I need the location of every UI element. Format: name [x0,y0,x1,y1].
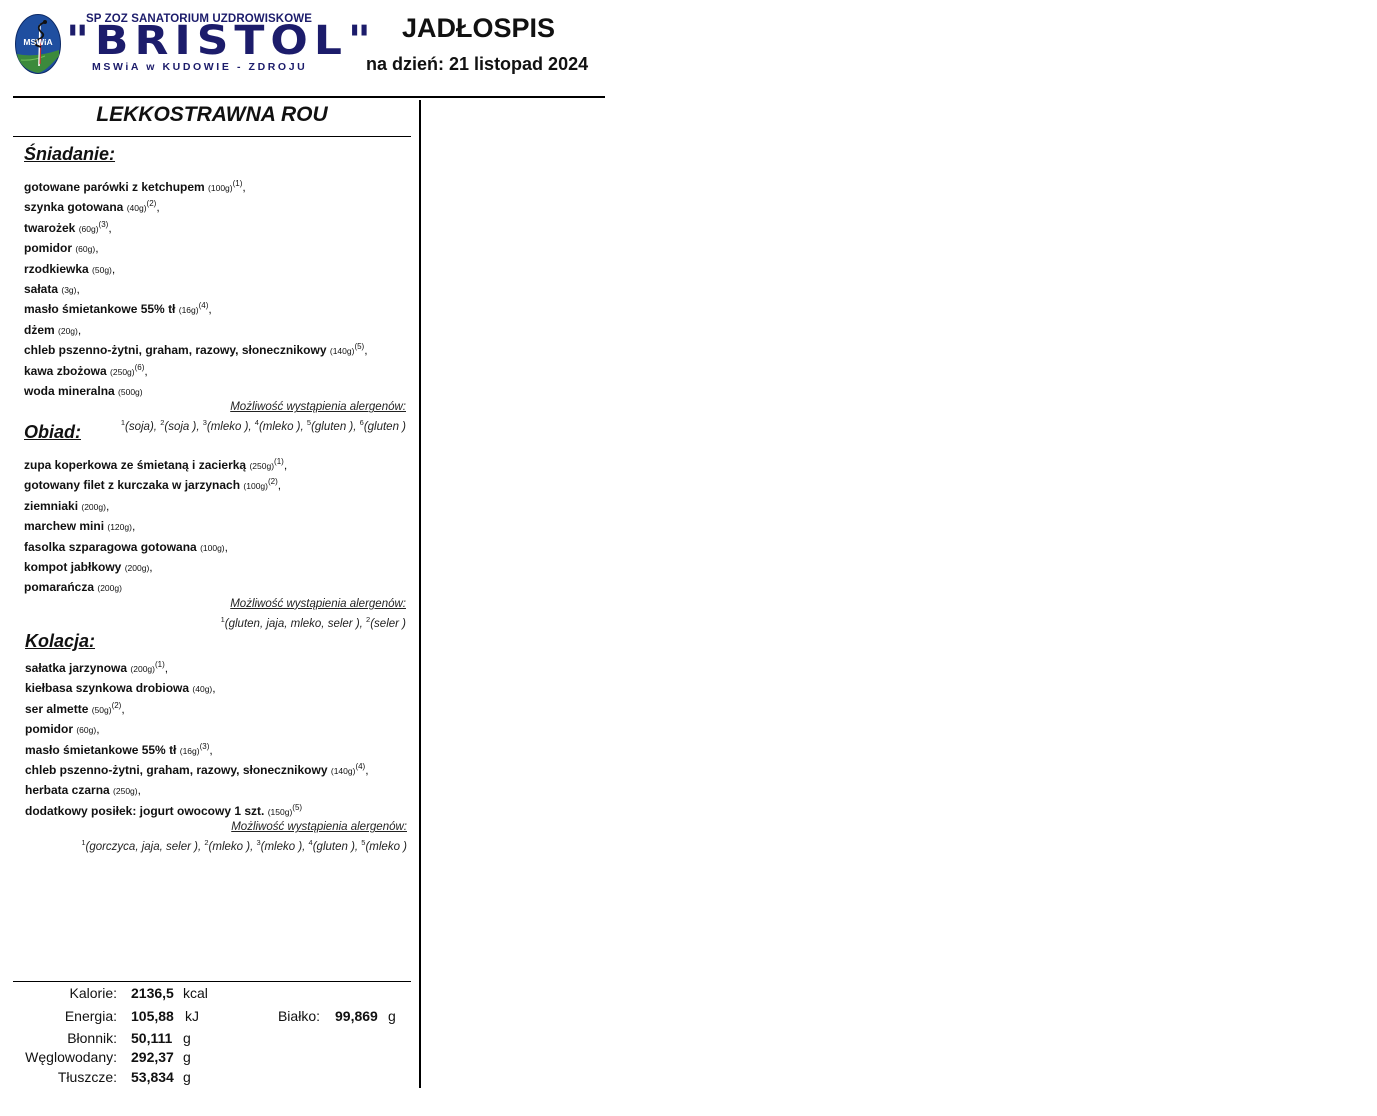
separator: , [108,221,111,235]
menu-item: kompot jabłkowy (200g), [24,556,406,576]
allergen-text: (mleko ) [261,841,303,853]
menu-item: rzodkiewka (50g), [24,258,406,278]
menu-item-name: dżem [24,323,58,337]
allergen-reference: (3) [200,742,210,751]
menu-item: szynka gotowana (40g)(2), [24,196,406,216]
menu-item-quantity: (250g) [249,461,274,471]
menu-item: dżem (20g), [24,319,406,339]
menu-item: marchew mini (120g), [24,515,406,535]
menu-item-name: szynka gotowana [24,200,123,214]
menu-item-quantity: (16g) [180,746,200,756]
allergen-reference: (4) [355,762,365,771]
menu-item-quantity: (200g) [97,583,122,593]
allergen-reference: (4) [199,301,209,310]
allergen-reference: (6) [135,363,145,372]
menu-item-name: sałata [24,282,58,296]
menu-item-quantity: (16g) [179,305,199,315]
menu-item-quantity: (250g) [110,367,135,377]
menu-item-name: rzodkiewka [24,262,89,276]
allergen-reference: (2) [268,477,278,486]
separator: , [112,262,115,276]
menu-item-quantity: (200g) [130,664,155,674]
menu-item: dodatkowy posiłek: jogurt owocowy 1 szt.… [25,800,407,820]
allergen-reference: (3) [99,220,109,229]
menu-item-name: kompot jabłkowy [24,560,121,574]
date-value: 21 listopad 2024 [449,54,588,74]
allergen-text: (gluten, jaja, mleko, seler ) [225,618,360,630]
menu-item-name: herbata czarna [25,783,110,797]
menu-item: kiełbasa szynkowa drobiowa (40g), [25,677,407,697]
menu-item-quantity: (200g) [81,502,106,512]
allergen-text: (gorczyca, jaja, seler ) [85,841,197,853]
separator: , [225,540,228,554]
menu-item-name: gotowane parówki z ketchupem [24,180,205,194]
svg-text:MSWiA: MSWiA [23,37,52,47]
calories-label: Kalorie: [0,985,117,1001]
menu-item: ziemniaki (200g), [24,495,406,515]
allergen-reference: (1) [155,660,165,669]
menu-item: masło śmietankowe 55% tł (16g)(3), [25,739,407,759]
organization-name: "BRISTOL" [66,18,377,64]
separator: , [121,702,124,716]
meal-lunch: Obiad:zupa koperkowa ze śmietaną i zacie… [24,422,406,632]
meal-breakfast: Śniadanie:gotowane parówki z ketchupem (… [24,144,406,435]
allergen-reference: (1) [233,179,243,188]
diet-title: LEKKOSTRAWNA ROU [13,103,411,127]
menu-item: fasolka szparagowa gotowana (100g), [24,536,406,556]
energy-label: Energia: [0,1008,117,1024]
carbs-unit: g [183,1049,191,1065]
menu-item-quantity: (60g) [76,725,96,735]
document-date: na dzień: 21 listopad 2024 [366,54,588,75]
fat-value: 53,834 [131,1069,174,1085]
allergen-reference: (5) [292,803,302,812]
meal-dinner: Kolacja:sałatka jarzynowa (200g)(1),kieł… [25,631,407,855]
meal-title: Śniadanie: [24,144,406,166]
separator: , [132,519,135,533]
allergen-text: (seler ) [370,618,406,630]
menu-item: herbata czarna (250g), [25,779,407,799]
menu-item-name: masło śmietankowe 55% tł [25,743,176,757]
allergen-text: (gluten ) [313,841,355,853]
allergen-heading: Możliwość wystąpienia alergenów: [25,820,407,835]
menu-item-quantity: (140g) [331,766,356,776]
menu-item-quantity: (500g) [118,387,143,397]
menu-item-quantity: (120g) [107,522,132,532]
separator: , [78,323,81,337]
separator: , [156,200,159,214]
menu-item-name: chleb pszenno-żytni, graham, razowy, sło… [24,343,327,357]
separator: , [278,478,281,492]
separator: , [165,661,168,675]
separator: , [106,499,109,513]
menu-item-name: zupa koperkowa ze śmietaną i zacierką [24,458,246,472]
header-divider [13,96,605,98]
protein-unit: g [388,1008,396,1024]
nutrition-divider [13,981,411,982]
menu-item-quantity: (140g) [330,346,355,356]
fat-label: Tłuszcze: [0,1069,117,1085]
menu-item-name: woda mineralna [24,384,115,398]
menu-item: sałata (3g), [24,278,406,298]
menu-item: kawa zbożowa (250g)(6), [24,360,406,380]
separator: , [212,681,215,695]
menu-item-quantity: (3g) [61,285,76,295]
menu-item-quantity: (250g) [113,786,138,796]
menu-item: chleb pszenno-żytni, graham, razowy, sło… [25,759,407,779]
allergen-list: 1(gluten, jaja, mleko, seler ), 2(seler … [24,612,406,632]
menu-item-quantity: (200g) [125,563,150,573]
menu-item-name: ser almette [25,702,88,716]
energy-unit: kJ [185,1008,199,1024]
menu-item-name: pomidor [24,241,72,255]
menu-item-name: ziemniaki [24,499,81,513]
fiber-label: Błonnik: [0,1030,117,1046]
menu-item: woda mineralna (500g) [24,380,406,400]
menu-item: gotowane parówki z ketchupem (100g)(1), [24,176,406,196]
energy-value: 105,88 [131,1008,174,1024]
menu-item-quantity: (40g) [127,203,147,213]
diet-title-divider [13,136,411,137]
fat-unit: g [183,1069,191,1085]
menu-item-name: pomidor [25,722,73,736]
calories-unit: kcal [183,985,208,1001]
mswia-logo-icon: MSWiA [15,14,61,74]
menu-item-quantity: (60g) [75,244,95,254]
protein-label: Białko: [200,1008,320,1024]
separator: , [208,302,211,316]
meal-title: Kolacja: [25,631,407,653]
fiber-value: 50,111 [131,1030,172,1046]
allergen-heading: Możliwość wystąpienia alergenów: [24,597,406,612]
separator: , [364,343,367,357]
separator: , [95,241,98,255]
date-label: na dzień: [366,54,444,74]
menu-item-quantity: (60g) [79,224,99,234]
menu-item: sałatka jarzynowa (200g)(1), [25,657,407,677]
allergen-reference: (2) [147,199,157,208]
separator: , [365,763,368,777]
menu-item: twarożek (60g)(3), [24,217,406,237]
menu-item-name: chleb pszenno-żytni, graham, razowy, sło… [25,763,328,777]
menu-item-name: twarożek [24,221,75,235]
separator: , [149,560,152,574]
menu-item-name: pomarańcza [24,580,94,594]
menu-item: masło śmietankowe 55% tł (16g)(4), [24,298,406,318]
menu-item-quantity: (20g) [58,326,78,336]
separator: , [144,364,147,378]
menu-item-quantity: (100g) [200,543,225,553]
menu-item-quantity: (100g) [208,183,233,193]
separator: , [77,282,80,296]
allergen-text: (mleko ) [365,841,407,853]
menu-item-quantity: (50g) [92,705,112,715]
column-divider [419,100,421,1088]
calories-value: 2136,5 [131,985,174,1001]
allergen-text: (mleko ) [209,841,251,853]
allergen-list: 1(gorczyca, jaja, seler ), 2(mleko ), 3(… [25,835,407,855]
menu-item-name: gotowany filet z kurczaka w jarzynach [24,478,240,492]
allergen-heading: Możliwość wystąpienia alergenów: [24,400,406,415]
allergen-reference: (2) [112,701,122,710]
allergen-reference: (1) [274,457,284,466]
meal-title: Obiad: [24,422,406,444]
organization-subtitle: MSWiA w KUDOWIE - ZDROJU [92,61,307,73]
carbs-value: 292,37 [131,1049,174,1065]
menu-item: pomarańcza (200g) [24,576,406,596]
protein-value: 99,869 [335,1008,378,1024]
menu-item: chleb pszenno-żytni, graham, razowy, sło… [24,339,406,359]
menu-item-name: dodatkowy posiłek: jogurt owocowy 1 szt. [25,804,264,818]
menu-item-quantity: (40g) [192,684,212,694]
allergen-reference: (5) [354,342,364,351]
menu-item-quantity: (150g) [268,807,293,817]
menu-item-quantity: (50g) [92,265,112,275]
separator: , [96,722,99,736]
menu-item: ser almette (50g)(2), [25,698,407,718]
separator: , [242,180,245,194]
menu-item: pomidor (60g), [25,718,407,738]
document-title: JADŁOSPIS [402,13,555,44]
menu-item-quantity: (100g) [243,481,268,491]
menu-item: pomidor (60g), [24,237,406,257]
menu-item-name: masło śmietankowe 55% tł [24,302,175,316]
menu-item-name: kiełbasa szynkowa drobiowa [25,681,189,695]
carbs-label: Węglowodany: [0,1049,117,1065]
menu-item-name: marchew mini [24,519,104,533]
separator: , [138,783,141,797]
separator: , [284,458,287,472]
menu-item-name: kawa zbożowa [24,364,110,378]
menu-item: gotowany filet z kurczaka w jarzynach (1… [24,474,406,494]
menu-item-name: fasolka szparagowa gotowana [24,540,197,554]
menu-item-name: sałatka jarzynowa [25,661,127,675]
fiber-unit: g [183,1030,191,1046]
separator: , [209,743,212,757]
menu-item: zupa koperkowa ze śmietaną i zacierką (2… [24,454,406,474]
